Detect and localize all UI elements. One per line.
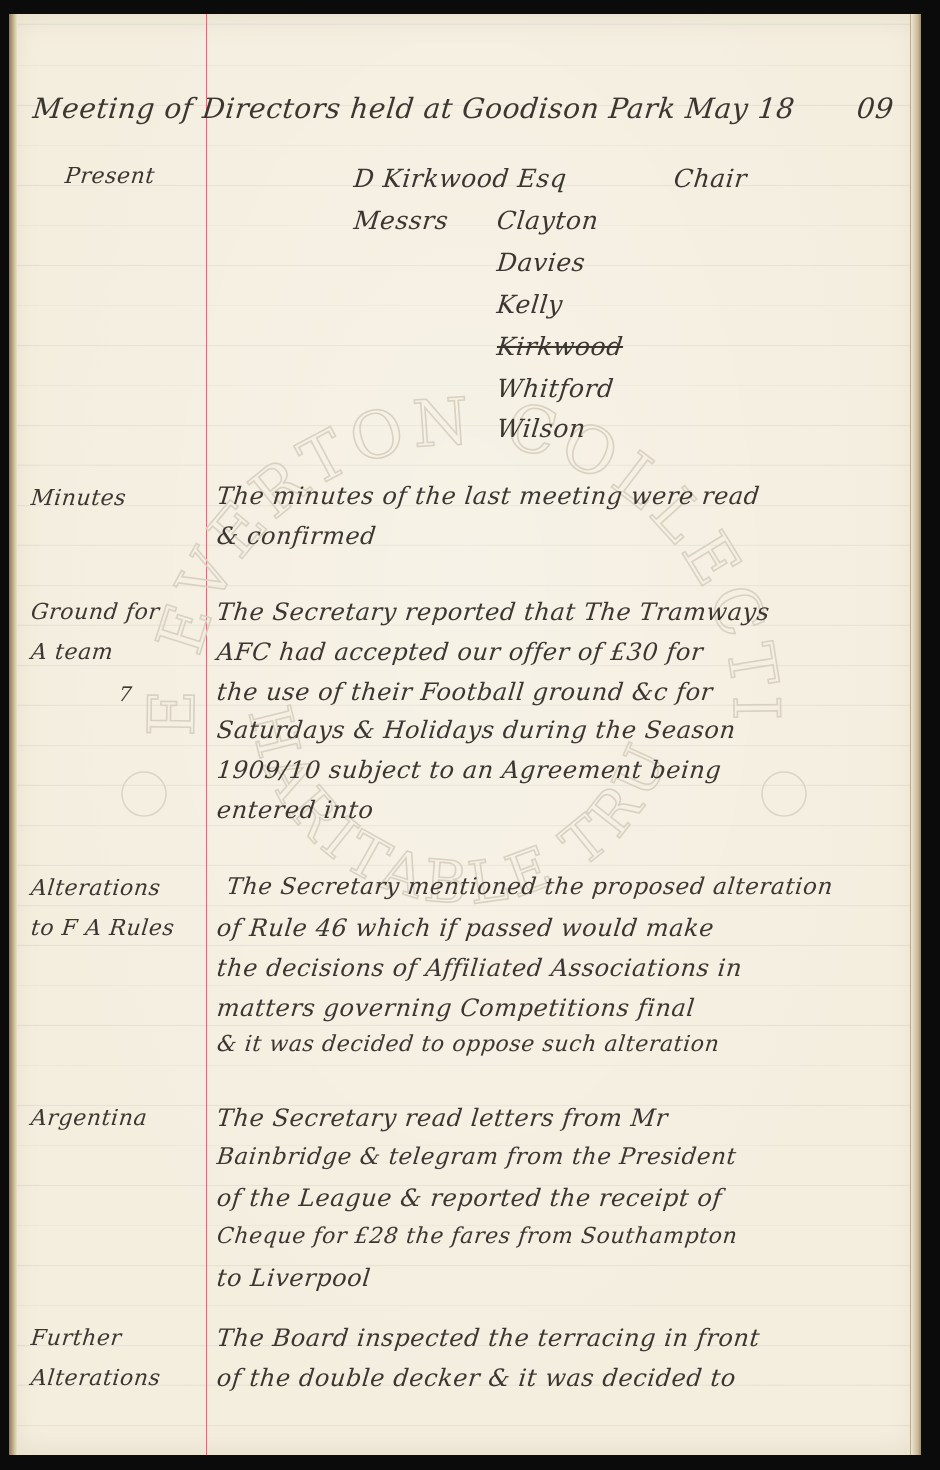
chair-name: D Kirkwood Esq (352, 164, 568, 193)
attendee: Wilson (495, 414, 587, 443)
minute-book-page: THE EVERTON COLLECTION CHARITABLE TRUST … (9, 14, 921, 1455)
section-label-further: Further (30, 1326, 123, 1351)
argentina-line: The Secretary read letters from Mr (216, 1104, 670, 1132)
argentina-line: to Liverpool (216, 1264, 373, 1292)
ground-line: Saturdays & Holidays during the Season (216, 716, 738, 744)
chair-role: Chair (672, 164, 748, 193)
attendee: Whitford (495, 374, 615, 403)
ground-line: 1909/10 subject to an Agreement being (216, 756, 723, 784)
section-label-argentina: Argentina (30, 1106, 149, 1131)
section-label-alterations: Alterations (30, 876, 162, 901)
ground-line: the use of their Football ground &c for (216, 678, 715, 706)
meeting-year: 09 (855, 92, 895, 125)
section-label-ground: A team (30, 640, 115, 665)
messrs-label: Messrs (352, 206, 449, 235)
present-label: Present (64, 164, 156, 189)
attendee: Davies (495, 248, 586, 277)
page-right-edge (910, 14, 921, 1455)
argentina-line: Bainbridge & telegram from the President (216, 1144, 738, 1170)
section-label-ground: Ground for (30, 600, 161, 625)
section-label-alterations: to F A Rules (30, 916, 176, 941)
argentina-line: of the League & reported the receipt of (216, 1184, 724, 1212)
further-line: of the double decker & it was decided to (216, 1364, 738, 1392)
further-line: The Board inspected the terracing in fro… (216, 1324, 762, 1352)
fa-rules-line: the decisions of Affiliated Associations… (216, 954, 744, 982)
argentina-line: Cheque for £28 the fares from Southampto… (216, 1224, 739, 1249)
fa-rules-line: matters governing Competitions final (216, 994, 697, 1022)
fa-rules-line: of Rule 46 which if passed would make (216, 914, 716, 942)
section-label-minutes: Minutes (30, 486, 128, 511)
section-label-ground-number: 7 (118, 682, 134, 706)
svg-text:THE EVERTON COLLECTION: THE EVERTON COLLECTION (104, 314, 792, 737)
fa-rules-line: The Secretary mentioned the proposed alt… (226, 874, 835, 900)
section-label-further: Alterations (30, 1366, 162, 1391)
red-margin-line (206, 14, 207, 1455)
attendee: Clayton (495, 206, 600, 235)
ground-line: AFC had accepted our offer of £30 for (216, 638, 705, 666)
watermark-text-top: THE EVERTON COLLECTION (104, 314, 792, 737)
ground-line: entered into (216, 796, 376, 824)
attendee-struck: Kirkwood (495, 332, 624, 361)
fa-rules-line: & it was decided to oppose such alterati… (216, 1032, 721, 1057)
meeting-heading: Meeting of Directors held at Goodison Pa… (31, 92, 796, 125)
ground-line: The Secretary reported that The Tramways (216, 598, 772, 626)
minutes-line: & confirmed (216, 522, 378, 550)
minutes-line: The minutes of the last meeting were rea… (216, 482, 762, 510)
attendee: Kelly (495, 290, 564, 319)
page-left-edge (9, 14, 17, 1455)
